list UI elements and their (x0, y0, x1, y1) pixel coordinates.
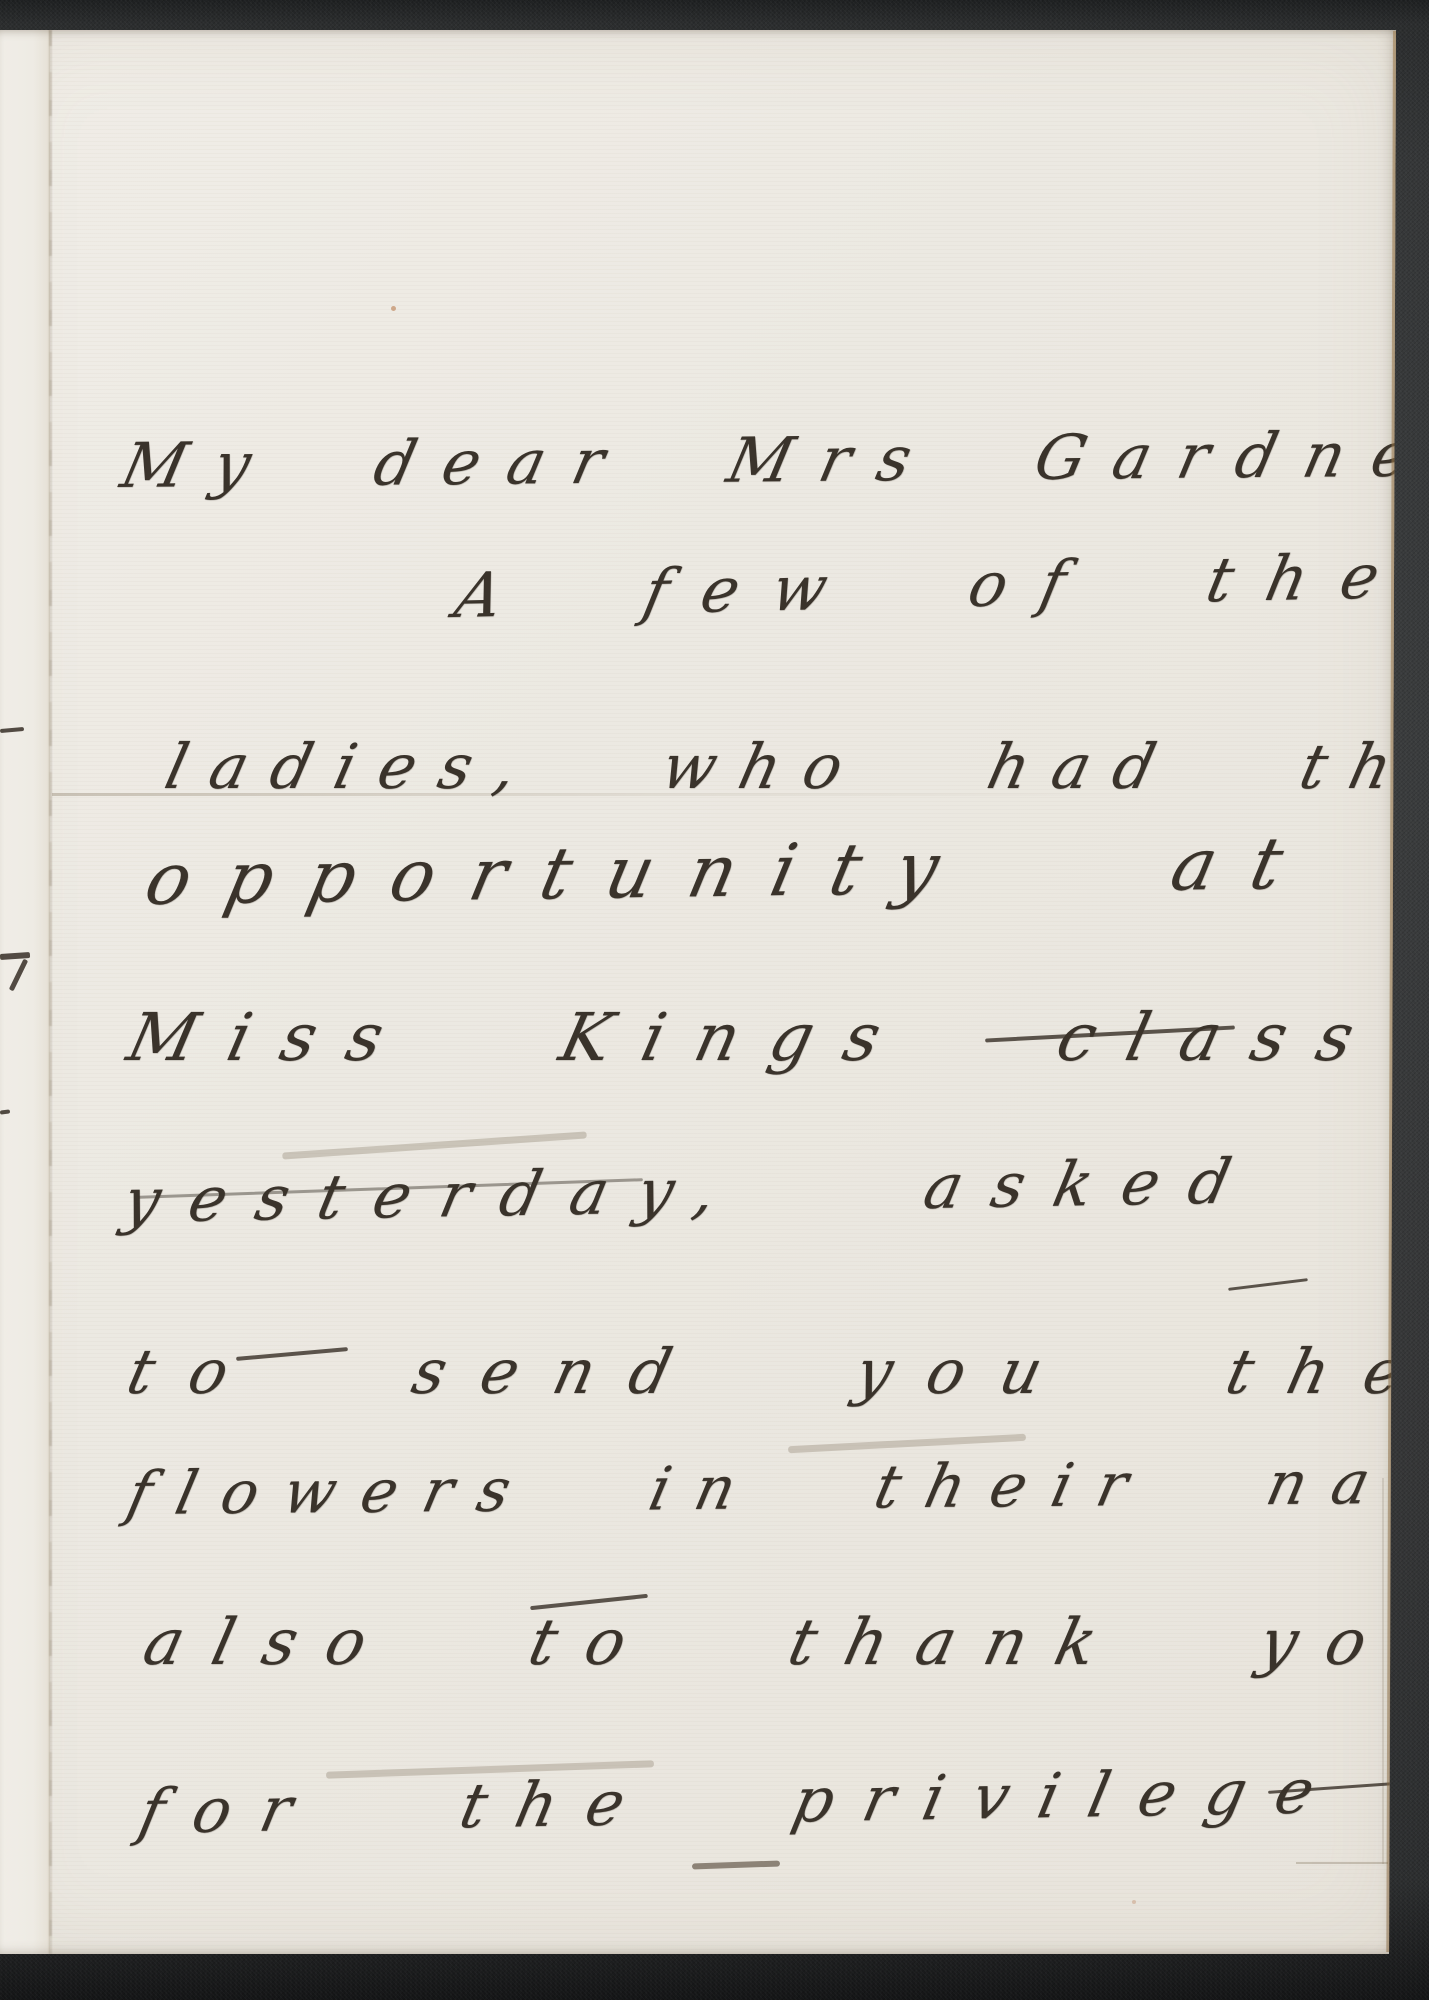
paper-speck (391, 306, 396, 311)
fold-crease-bottom (1296, 1862, 1388, 1864)
paper-speck (1132, 1900, 1136, 1904)
letter-line-10: for the privilege it (134, 1756, 1429, 1843)
letter-line-5: Miss Kings class (122, 1005, 1392, 1071)
letter-line-6: yesterday, asked me (118, 1144, 1429, 1232)
letter-line-1: My dear Mrs Gardner. (116, 423, 1429, 497)
ink-smudge (788, 1434, 1026, 1453)
letter-line-9: also to thank you (138, 1611, 1429, 1675)
photo-backdrop: My dear Mrs Gardner. A few of the ladies… (0, 0, 1429, 2000)
ink-smudge (282, 1131, 587, 1159)
letter-line-4: opportunity at (140, 827, 1326, 915)
letter-line-3: ladies, who had the (160, 736, 1429, 798)
letter-page: My dear Mrs Gardner. A few of the ladies… (0, 30, 1396, 1954)
fold-crease-left (49, 30, 52, 1954)
pen-flourish-stroke (1228, 1278, 1308, 1291)
adjacent-page-edge (0, 30, 50, 1954)
letter-line-2: A few of the (450, 545, 1419, 627)
ink-smudge (692, 1860, 780, 1869)
letter-line-8: flowers in their name, (122, 1451, 1429, 1524)
